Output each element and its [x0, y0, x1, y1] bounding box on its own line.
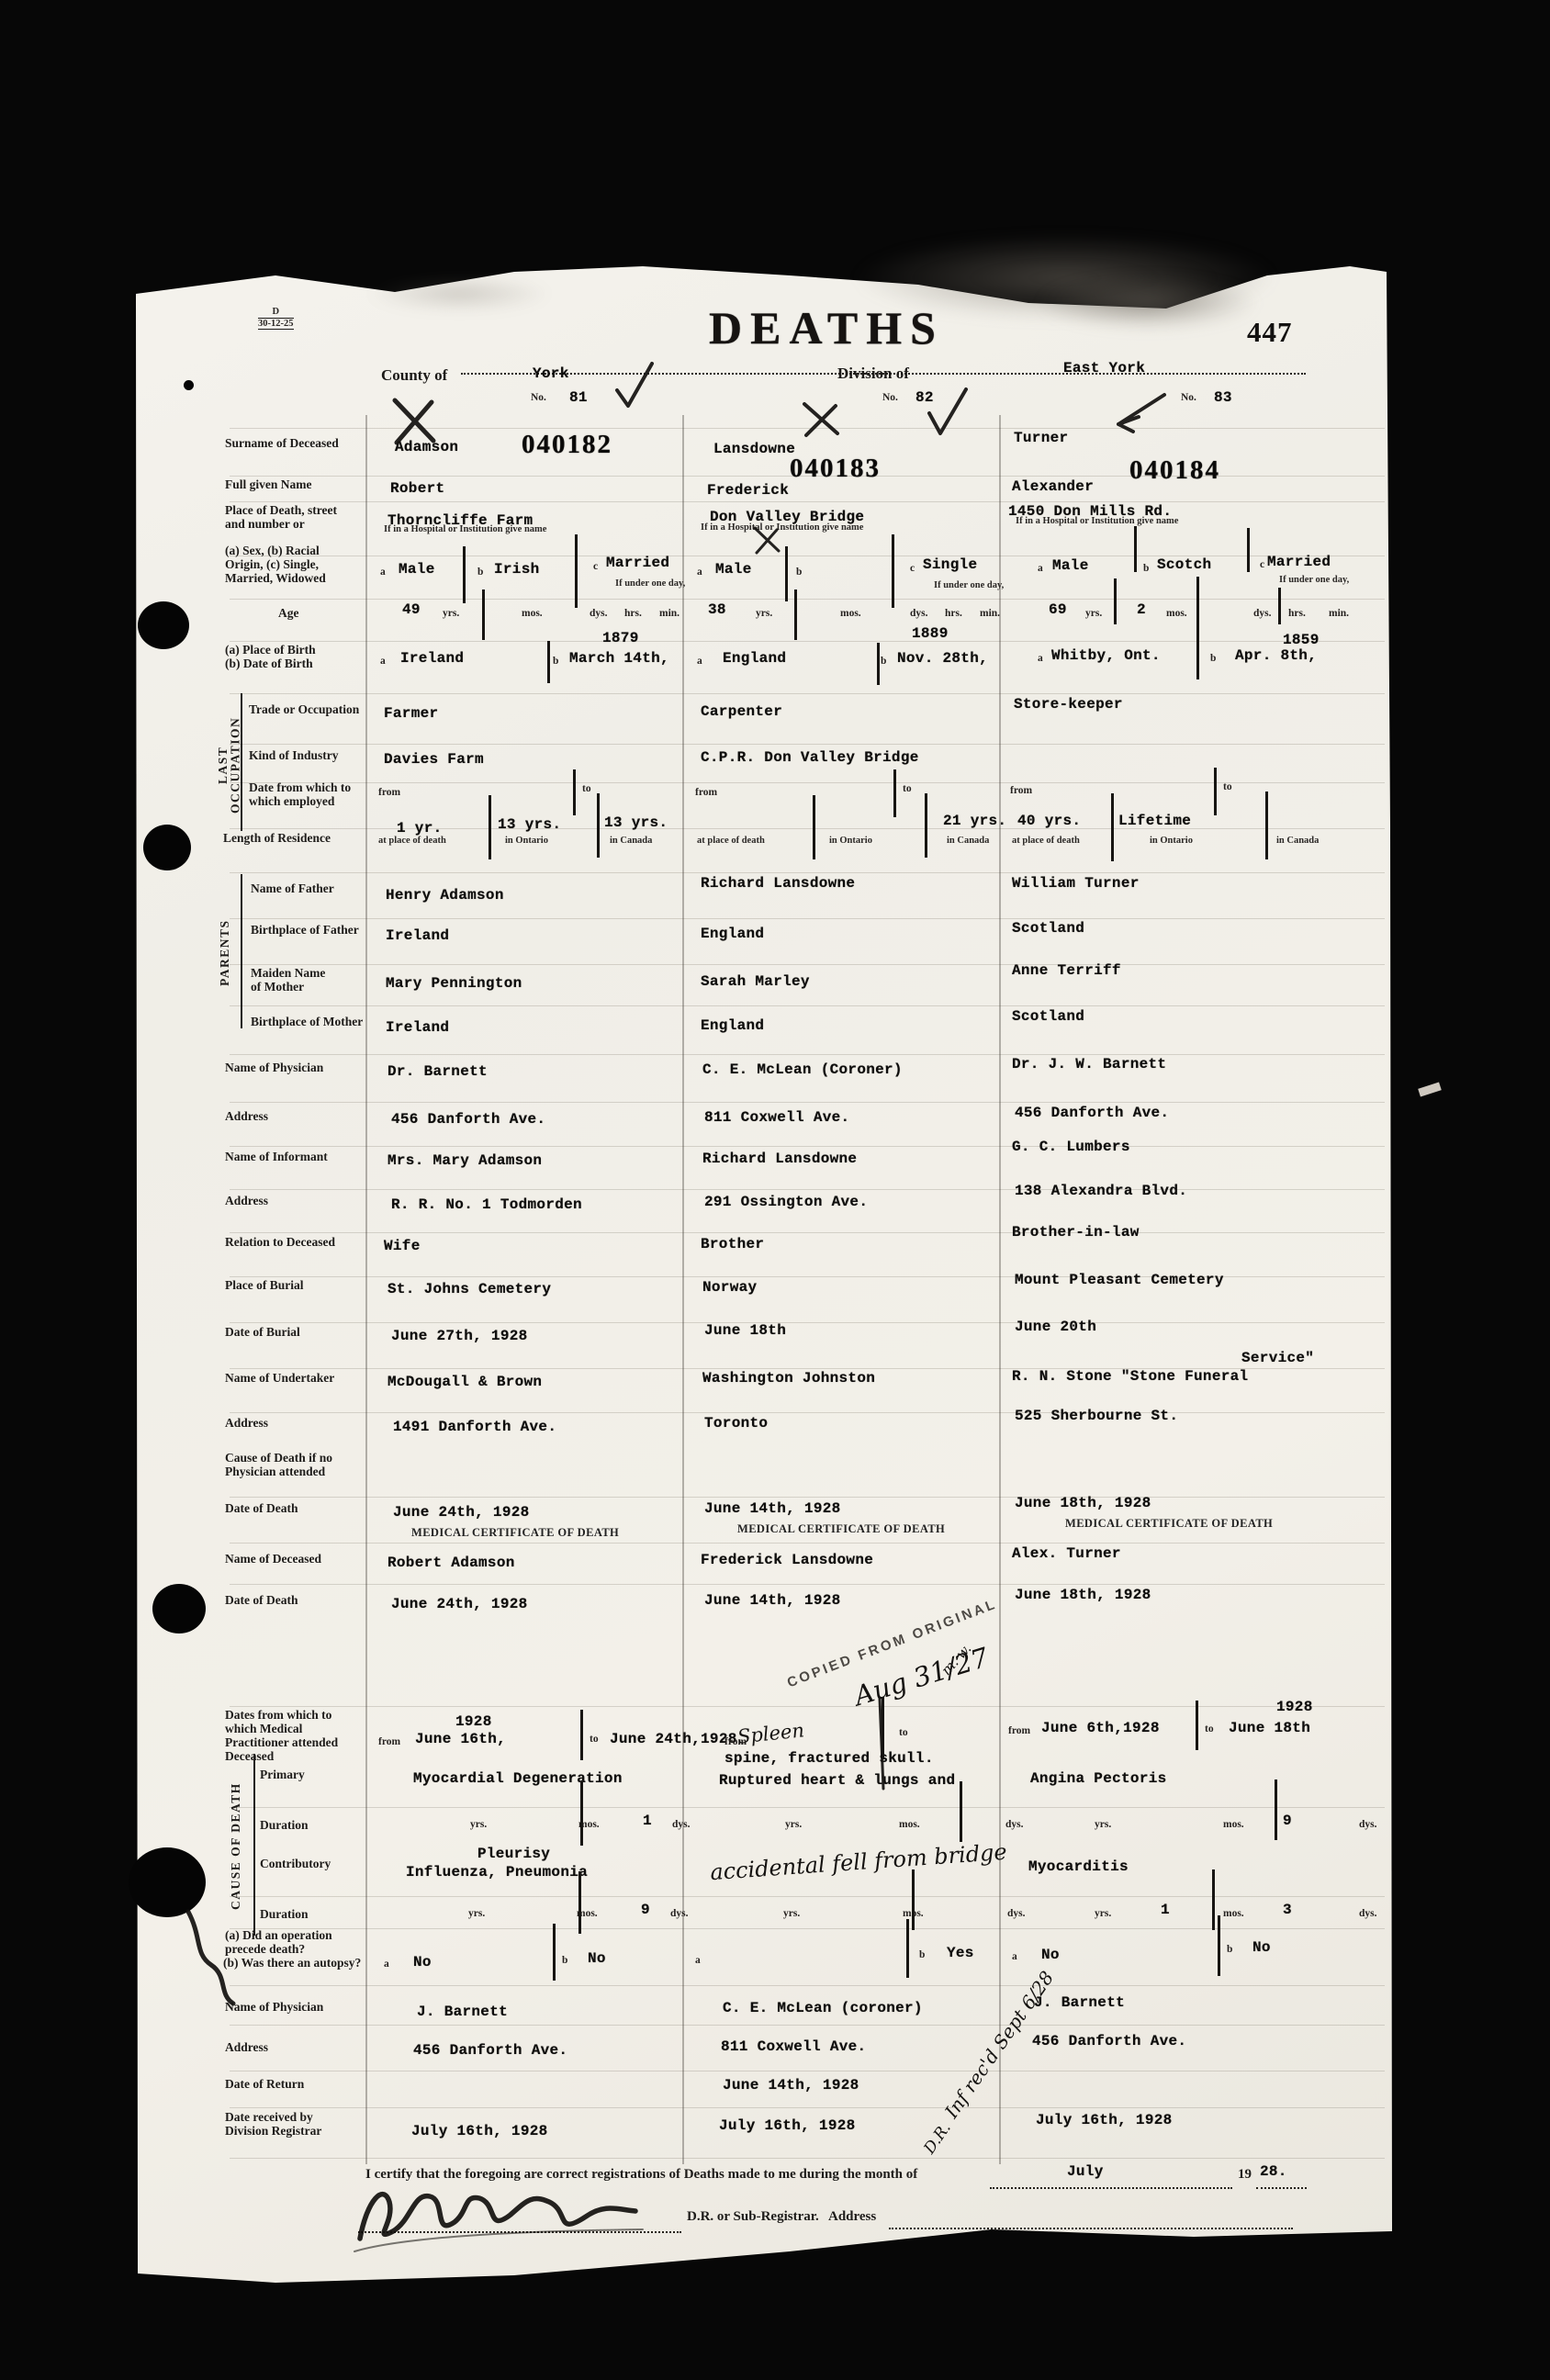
unit-min: min.	[1329, 609, 1349, 620]
record-no: 82	[915, 389, 934, 406]
from-label: from	[378, 1737, 400, 1748]
to-label: to	[899, 1728, 908, 1739]
hospital-note: If in a Hospital or Institution give nam…	[701, 522, 863, 533]
unit-mos: mos.	[1223, 1909, 1244, 1920]
from-label: from	[378, 788, 400, 799]
field-marital-status: Married	[606, 555, 669, 571]
marker-a: a	[384, 1959, 389, 1970]
row-label: (b) Date of Birth	[225, 657, 313, 670]
row-label: (a) Did an operation precede death?	[225, 1928, 349, 1956]
field-burial-date: June 18th	[704, 1322, 786, 1339]
field-divider	[1218, 1915, 1220, 1976]
field-undertaker-address: 525 Sherbourne St.	[1015, 1408, 1178, 1424]
field-informant: G. C. Lumbers	[1012, 1139, 1130, 1155]
marker-b: b	[477, 567, 483, 578]
field-divider	[1196, 577, 1199, 645]
field-divider	[892, 534, 894, 608]
field-divider	[1265, 791, 1268, 859]
hole-punch	[129, 1847, 206, 1917]
dotted-line	[990, 2185, 1232, 2189]
field-birth-year: 1879	[602, 630, 639, 646]
field-divider	[960, 1781, 962, 1842]
unit-hrs: hrs.	[624, 609, 642, 620]
field-contributory-cause: Myocarditis	[1028, 1858, 1129, 1875]
field-contributory-duration-days: 3	[1283, 1902, 1292, 1918]
field-physician-2-address: 456 Danforth Ave.	[1032, 2033, 1186, 2049]
record-no: 81	[569, 389, 588, 406]
field-informant-address: R. R. No. 1 Todmorden	[391, 1196, 582, 1213]
field-divider	[463, 546, 466, 603]
unit-dys: dys.	[910, 609, 928, 620]
row-label: Birthplace of Mother	[251, 1015, 363, 1028]
field-racial-origin: Scotch	[1157, 556, 1211, 573]
field-divider	[785, 546, 788, 601]
registration-number: 040184	[1129, 457, 1220, 484]
unit-yrs: yrs.	[468, 1909, 485, 1920]
field-attended-from: June 16th,	[415, 1731, 506, 1747]
marker-c: c	[1260, 560, 1264, 571]
field-date-of-death-2: June 18th, 1928	[1015, 1587, 1151, 1603]
field-birth-place: England	[723, 650, 786, 667]
field-father: Henry Adamson	[386, 887, 504, 904]
marker-b: b	[881, 657, 886, 668]
field-burial-date: June 27th, 1928	[391, 1328, 528, 1344]
field-residence-place: 1 yr.	[397, 820, 443, 836]
field-surname: Lansdowne	[713, 441, 795, 457]
to-label: to	[903, 784, 912, 795]
under-one-day-note: If under one day,	[1279, 575, 1349, 586]
row-label: Name of Undertaker	[225, 1371, 334, 1385]
address-label: Address	[828, 2209, 876, 2225]
marker-b: b	[1143, 564, 1149, 575]
section-cause-of-death: CAUSE OF DEATH	[230, 1757, 242, 1936]
record-no: 83	[1214, 389, 1232, 406]
field-divider	[1134, 526, 1137, 572]
marker-a: a	[697, 567, 702, 578]
field-contributory-cause: Influenza, Pneumonia	[406, 1864, 588, 1880]
field-primary-cause: Myocardial Degeneration	[413, 1770, 623, 1787]
certify-year: 28.	[1260, 2163, 1287, 2180]
field-primary-duration-days: 1	[643, 1813, 652, 1829]
unit-dys: dys.	[1253, 609, 1272, 620]
to-label: to	[582, 784, 591, 795]
unit-yrs: yrs.	[1095, 1820, 1111, 1831]
field-surname: Adamson	[395, 439, 458, 455]
section-last-occupation: LAST OCCUPATION	[217, 696, 241, 834]
row-label: Date received by Division Registrar	[225, 2110, 326, 2138]
residence-sublabel: in Canada	[947, 836, 989, 847]
field-date-of-death: June 18th, 1928	[1015, 1495, 1151, 1511]
field-age-years: 49	[402, 601, 421, 618]
field-physician-2: C. E. McLean (coroner)	[723, 2000, 923, 2016]
field-undertaker: McDougall & Brown	[387, 1374, 542, 1390]
field-divider	[877, 643, 880, 685]
marker-a: a	[1012, 1952, 1017, 1963]
registrar-label: D.R. or Sub-Registrar.	[687, 2209, 819, 2225]
row-label: (b) Was there an autopsy?	[223, 1956, 361, 1970]
field-sex: Male	[1052, 557, 1089, 574]
section-bracket	[241, 874, 242, 1028]
row-label: Address	[225, 1109, 268, 1123]
field-contributory-duration-months: 1	[1161, 1902, 1170, 1918]
unit-mos: mos.	[1223, 1820, 1244, 1831]
residence-sublabel: in Canada	[610, 836, 652, 847]
hole-punch	[143, 825, 191, 870]
ink-dot	[184, 380, 194, 390]
residence-sublabel: in Ontario	[1150, 836, 1193, 847]
field-residence-canada: 13 yrs.	[604, 814, 668, 831]
field-occupation: Store-keeper	[1014, 696, 1123, 713]
field-primary-upper: spine, fractured skull.	[724, 1750, 934, 1767]
field-informant-address: 291 Ossington Ave.	[704, 1194, 868, 1210]
residence-sublabel: at place of death	[1012, 836, 1080, 847]
row-label: Name of Deceased	[225, 1552, 321, 1566]
registration-number: 040183	[790, 455, 881, 482]
field-occupation: Farmer	[384, 705, 438, 722]
marker-a: a	[1038, 654, 1043, 665]
unit-yrs: yrs.	[756, 609, 772, 620]
field-divider	[906, 1919, 909, 1978]
certify-statement: I certify that the foregoing are correct…	[365, 2167, 917, 2183]
from-label: from	[695, 788, 717, 799]
marker-b: b	[562, 1956, 567, 1967]
field-father: William Turner	[1012, 875, 1140, 892]
field-mother-birthplace: Ireland	[386, 1019, 449, 1036]
unit-dys: dys.	[1359, 1909, 1377, 1920]
field-date-of-death-2: June 14th, 1928	[704, 1592, 841, 1609]
field-sex: Male	[399, 561, 435, 578]
marker-a: a	[380, 567, 386, 578]
field-father-birthplace: Scotland	[1012, 920, 1084, 937]
field-physician-2-address: 456 Danforth Ave.	[413, 2042, 567, 2059]
marker-b: b	[1210, 654, 1216, 665]
field-birth-year: 1859	[1283, 632, 1320, 648]
to-label: to	[1223, 782, 1232, 793]
row-label: Date from which to which employed	[249, 780, 359, 808]
row-label: Contributory	[260, 1857, 331, 1870]
field-physician-2-address: 811 Coxwell Ave.	[721, 2038, 866, 2055]
row-label: Name of Physician	[225, 2000, 323, 2014]
field-birth-place: Whitby, Ont.	[1051, 647, 1161, 664]
field-primary-cause: Ruptured heart & lungs and	[719, 1772, 955, 1789]
medical-certificate-heading: MEDICAL CERTIFICATE OF DEATH	[411, 1527, 619, 1539]
field-occupation: Carpenter	[701, 703, 782, 720]
from-label: from	[1010, 786, 1032, 797]
row-label: Age	[278, 606, 299, 620]
field-age-years: 69	[1049, 601, 1067, 618]
field-divider	[912, 1869, 915, 1930]
field-physician: C. E. McLean (Coroner)	[702, 1061, 903, 1078]
field-undertaker: R. N. Stone "Stone Funeral	[1012, 1368, 1248, 1385]
field-attended-year: 1928	[1276, 1699, 1313, 1715]
section-bracket	[241, 693, 242, 831]
field-contributory-duration-days: 9	[641, 1902, 650, 1918]
unit-dys: dys.	[1359, 1820, 1377, 1831]
year-prefix: 19	[1238, 2167, 1252, 2183]
field-mother: Sarah Marley	[701, 973, 810, 990]
row-label: (a) Sex, (b) Racial Origin, (c) Single, …	[225, 544, 349, 585]
field-burial-date: June 20th	[1015, 1319, 1096, 1335]
field-primary-cause: Angina Pectoris	[1030, 1770, 1167, 1787]
row-label: Surname of Deceased	[225, 436, 339, 450]
field-physician-address: 456 Danforth Ave.	[1015, 1105, 1169, 1121]
unit-dys: dys.	[590, 609, 608, 620]
field-divider	[553, 1924, 556, 1981]
unit-mos: mos.	[899, 1820, 920, 1831]
row-label: Date of Burial	[225, 1325, 300, 1339]
field-given-name: Robert	[390, 480, 444, 497]
field-divider	[1196, 1701, 1198, 1750]
to-label: to	[590, 1734, 599, 1746]
field-divider	[578, 1871, 581, 1934]
field-sex: Male	[715, 561, 752, 578]
field-deceased-name: Robert Adamson	[387, 1555, 515, 1571]
field-birth-date: March 14th,	[569, 650, 669, 667]
field-industry: Davies Farm	[384, 751, 484, 768]
field-birth-year: 1889	[912, 625, 949, 642]
field-informant-address: 138 Alexandra Blvd.	[1015, 1183, 1187, 1199]
row-label: Address	[225, 1194, 268, 1207]
field-age-months: 2	[1137, 601, 1146, 618]
certify-month: July	[1067, 2163, 1104, 2180]
field-divider	[482, 589, 485, 640]
field-given-name: Alexander	[1012, 478, 1094, 495]
unit-min: min.	[659, 609, 680, 620]
under-one-day-note: If under one day,	[615, 578, 685, 589]
row-label: Name of Father	[251, 881, 334, 895]
hospital-note: If in a Hospital or Institution give nam…	[1016, 516, 1178, 527]
unit-min: min.	[980, 609, 1000, 620]
field-father-birthplace: England	[701, 926, 764, 942]
field-undertaker-line1: Service"	[1241, 1350, 1314, 1366]
marker-b: b	[553, 657, 558, 668]
field-burial-place: Norway	[702, 1279, 757, 1296]
row-label: Cause of Death if no Physician attended	[225, 1451, 349, 1478]
row-label: (a) Place of Birth	[225, 643, 316, 657]
field-divider	[893, 769, 896, 817]
registration-number: 040182	[522, 432, 612, 458]
unit-mos: mos.	[522, 609, 543, 620]
residence-sublabel: in Ontario	[505, 836, 548, 847]
field-physician-2: J. Barnett	[1034, 1994, 1125, 2011]
unit-hrs: hrs.	[945, 609, 962, 620]
field-residence-place: 40 yrs.	[1017, 813, 1081, 829]
field-undertaker: Washington Johnston	[702, 1370, 875, 1386]
field-relation: Wife	[384, 1238, 421, 1254]
row-label: Name of Informant	[225, 1150, 328, 1163]
unit-mos: mos.	[1166, 609, 1187, 620]
field-divider	[597, 793, 600, 858]
field-birth-date: Nov. 28th,	[897, 650, 988, 667]
field-divider	[925, 793, 927, 858]
row-label: Date of Death	[225, 1501, 298, 1515]
field-father-birthplace: Ireland	[386, 927, 449, 944]
field-physician: Dr. Barnett	[387, 1063, 488, 1080]
marker-c: c	[593, 562, 598, 573]
no-label: No.	[882, 393, 898, 404]
row-label: Duration	[260, 1907, 309, 1921]
field-divider	[1247, 528, 1250, 572]
field-marital-status: Married	[1267, 554, 1331, 570]
from-label: from	[1008, 1726, 1030, 1737]
field-autopsy: No	[588, 1950, 606, 1967]
unit-yrs: yrs.	[783, 1909, 800, 1920]
row-label: Address	[225, 2040, 268, 2054]
field-date-of-death: June 14th, 1928	[704, 1500, 841, 1517]
marker-a: a	[697, 657, 702, 668]
unit-yrs: yrs.	[1095, 1909, 1111, 1920]
field-date-of-return: June 14th, 1928	[723, 2077, 859, 2094]
field-deceased-name: Frederick Lansdowne	[701, 1552, 873, 1568]
field-relation: Brother	[701, 1236, 764, 1252]
row-label: Place of Death, street and number or	[225, 503, 354, 531]
no-label: No.	[531, 393, 546, 404]
field-divider	[813, 795, 815, 859]
signature-line	[358, 2229, 681, 2233]
field-autopsy: Yes	[947, 1945, 974, 1961]
hole-punch	[152, 1584, 206, 1633]
field-deceased-name: Alex. Turner	[1012, 1545, 1121, 1562]
unit-yrs: yrs.	[470, 1820, 487, 1831]
dotted-line	[1256, 2185, 1307, 2189]
field-contributory-upper: Pleurisy	[477, 1846, 550, 1862]
medical-certificate-heading: MEDICAL CERTIFICATE OF DEATH	[1065, 1518, 1273, 1530]
residence-sublabel: at place of death	[378, 836, 446, 847]
field-attended-from: June 6th,1928	[1041, 1720, 1160, 1736]
field-autopsy: No	[1252, 1939, 1271, 1956]
field-operation: No	[1041, 1947, 1060, 1963]
field-divider	[1278, 588, 1281, 624]
field-mother-birthplace: Scotland	[1012, 1008, 1084, 1025]
hospital-note: If in a Hospital or Institution give nam…	[384, 524, 546, 535]
unit-yrs: yrs.	[1085, 609, 1102, 620]
field-birth-date: Apr. 8th,	[1235, 647, 1317, 664]
field-divider	[1111, 793, 1114, 861]
field-divider	[1275, 1779, 1277, 1840]
field-divider	[882, 1697, 884, 1759]
field-undertaker-address: Toronto	[704, 1415, 768, 1431]
marker-a: a	[695, 1956, 701, 1967]
field-divider	[489, 795, 491, 859]
marker-b: b	[796, 567, 802, 578]
field-divider	[547, 641, 550, 683]
under-one-day-note: If under one day,	[934, 580, 1004, 591]
marker-b: b	[919, 1950, 925, 1961]
field-divider	[580, 1710, 583, 1760]
field-attended-year: 1928	[455, 1713, 492, 1730]
scanned-death-register: { "header": { "form_code_top": "D", "for…	[0, 0, 1550, 2380]
field-mother-birthplace: England	[701, 1017, 764, 1034]
film-scratch	[1418, 1083, 1442, 1097]
to-label: to	[1205, 1724, 1214, 1735]
field-burial-place: Mount Pleasant Cemetery	[1015, 1272, 1224, 1288]
row-label: Primary	[260, 1768, 305, 1781]
field-given-name: Frederick	[707, 482, 789, 499]
field-surname: Turner	[1014, 430, 1068, 446]
field-contributory-hand: accidental fell from bridge	[710, 1841, 1008, 1884]
record-83: No. 83 Turner 040184 Alexander 1450 Don …	[1001, 0, 1396, 2380]
row-label: Birthplace of Father	[251, 923, 359, 937]
field-divider	[573, 769, 576, 815]
unit-yrs: yrs.	[443, 609, 459, 620]
field-primary-duration-days: 9	[1283, 1813, 1292, 1829]
field-undertaker-address: 1491 Danforth Ave.	[393, 1419, 556, 1435]
row-label: Date of Death	[225, 1593, 298, 1607]
field-mother: Mary Pennington	[386, 975, 522, 992]
field-date-received: July 16th, 1928	[1036, 2112, 1173, 2128]
field-date-of-death-2: June 24th, 1928	[391, 1596, 528, 1612]
field-father: Richard Lansdowne	[701, 875, 855, 892]
marker-b: b	[1227, 1945, 1232, 1956]
row-label: Duration	[260, 1818, 309, 1832]
field-divider	[1212, 1869, 1215, 1930]
row-label: Date of Return	[225, 2077, 304, 2091]
field-date-received: July 16th, 1928	[719, 2117, 856, 2134]
field-age-years: 38	[708, 601, 726, 618]
marker-a: a	[380, 657, 386, 668]
unit-hrs: hrs.	[1288, 609, 1306, 620]
field-divider	[1214, 768, 1217, 815]
field-marital-status: Single	[923, 556, 977, 573]
row-label: Relation to Deceased	[225, 1235, 335, 1249]
row-label: Kind of Industry	[249, 748, 339, 762]
field-attended-hand: Spleen	[736, 1721, 805, 1747]
row-label: Address	[225, 1416, 268, 1430]
field-physician-2: J. Barnett	[417, 2004, 508, 2020]
field-operation: No	[413, 1954, 432, 1970]
row-label: Dates from which to which Medical Practi…	[225, 1708, 344, 1763]
residence-sublabel: in Ontario	[829, 836, 872, 847]
field-physician: Dr. J. W. Barnett	[1012, 1056, 1166, 1072]
row-label: Name of Physician	[225, 1061, 323, 1074]
medical-certificate-heading: MEDICAL CERTIFICATE OF DEATH	[737, 1523, 945, 1535]
field-racial-origin: Irish	[494, 561, 540, 578]
field-informant: Richard Lansdowne	[702, 1151, 857, 1167]
marker-a: a	[1038, 564, 1043, 575]
field-physician-address: 811 Coxwell Ave.	[704, 1109, 849, 1126]
field-mother: Anne Terriff	[1012, 962, 1121, 979]
field-date-of-death: June 24th, 1928	[393, 1504, 530, 1521]
field-attended-to: June 18th	[1229, 1720, 1310, 1736]
field-birth-place: Ireland	[400, 650, 464, 667]
field-residence-ontario: Lifetime	[1118, 813, 1191, 829]
dotted-line	[889, 2226, 1293, 2229]
row-label-column: Surname of Deceased Full given Name Plac…	[223, 0, 370, 2380]
field-industry: C.P.R. Don Valley Bridge	[701, 749, 919, 766]
hole-punch	[138, 601, 189, 649]
row-label: Place of Burial	[225, 1278, 303, 1292]
no-label: No.	[1181, 393, 1196, 404]
field-informant: Mrs. Mary Adamson	[387, 1152, 542, 1169]
residence-sublabel: in Canada	[1276, 836, 1319, 847]
section-bracket	[253, 1754, 255, 1936]
field-physician-address: 456 Danforth Ave.	[391, 1111, 545, 1128]
field-date-received: July 16th, 1928	[411, 2123, 548, 2139]
marker-c: c	[910, 564, 915, 575]
row-label: Maiden Name of Mother	[251, 966, 338, 994]
field-relation: Brother-in-law	[1012, 1224, 1140, 1241]
field-divider	[794, 589, 797, 640]
field-residence-canada: 21 yrs.	[943, 813, 1006, 829]
field-burial-place: St. Johns Cemetery	[387, 1281, 551, 1297]
field-residence-ontario: 13 yrs.	[498, 816, 561, 833]
field-divider	[575, 534, 578, 608]
field-divider	[580, 1781, 583, 1846]
section-parents: PARENTS	[219, 877, 231, 1028]
field-divider	[1196, 643, 1199, 679]
field-divider	[1114, 578, 1117, 624]
row-label: Trade or Occupation	[249, 702, 359, 716]
